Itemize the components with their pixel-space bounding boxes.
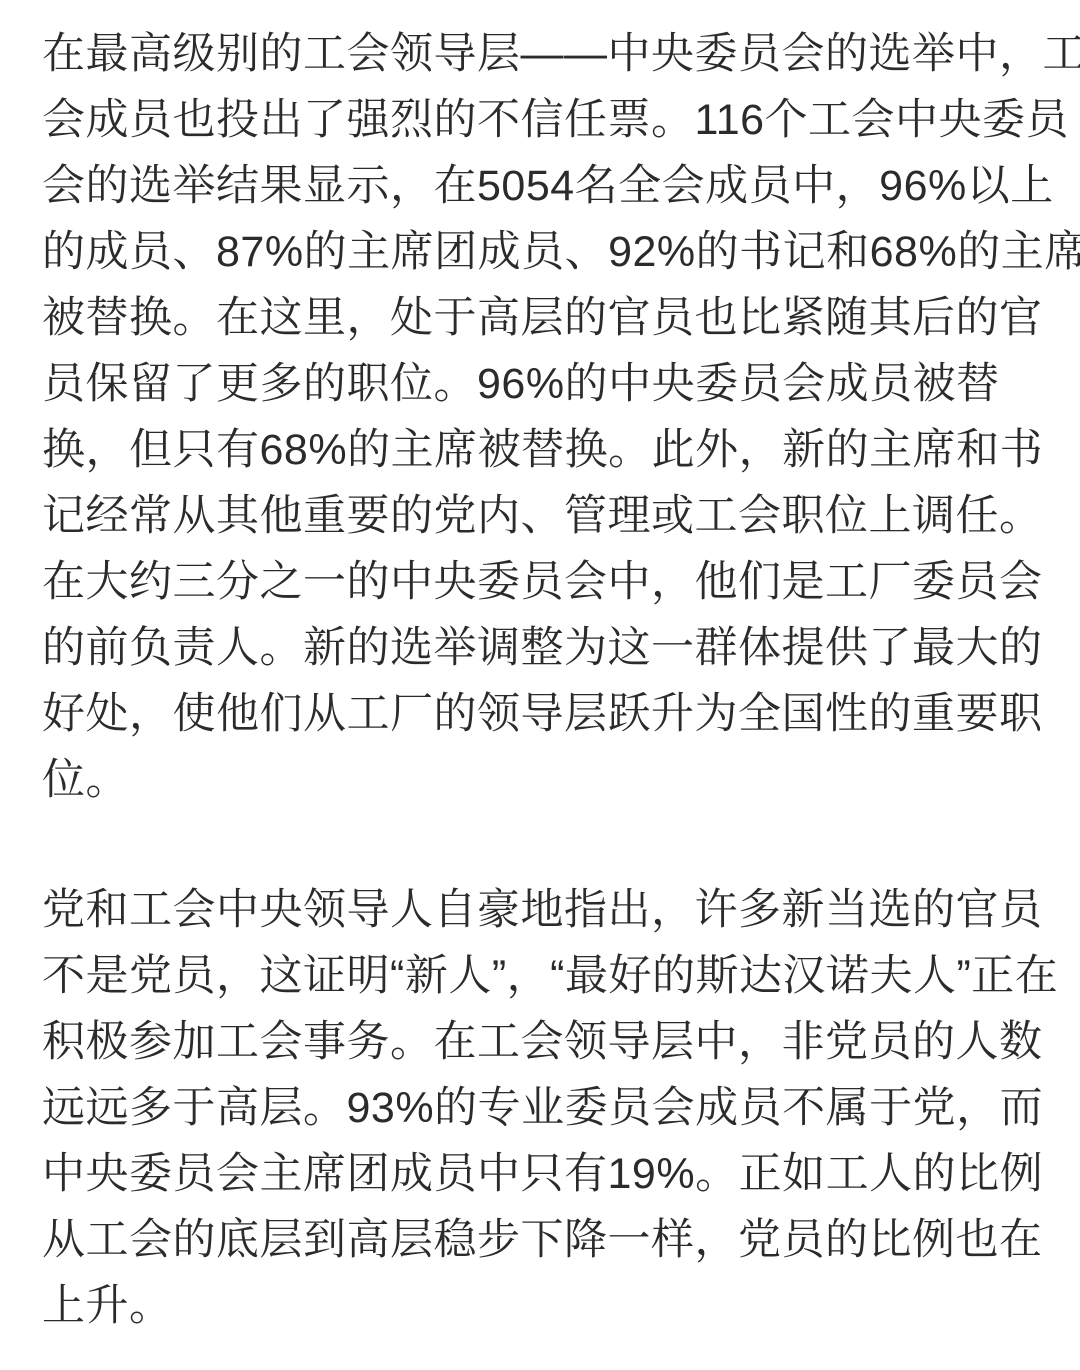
text-line: 会的选举结果显示，在5054名全会成员中，96%以上 [42, 153, 1042, 219]
text-line: 中央委员会主席团成员中只有19%。正如工人的比例 [42, 1141, 1042, 1207]
text-line: 员保留了更多的职位。96%的中央委员会成员被替 [42, 351, 1042, 417]
text-line: 好处，使他们从工厂的领导层跃升为全国性的重要职 [42, 681, 1042, 747]
text-line: 远远多于高层。93%的专业委员会成员不属于党，而 [42, 1075, 1042, 1141]
text-line: 在最高级别的工会领导层——中央委员会的选举中，工 [42, 21, 1042, 87]
paragraph: 党和工会中央领导人自豪地指出，许多新当选的官员不是党员，这证明“新人”，“最好的… [42, 877, 1042, 1339]
text-line: 在大约三分之一的中央委员会中，他们是工厂委员会 [42, 549, 1042, 615]
text-line: 不是党员，这证明“新人”，“最好的斯达汉诺夫人”正在 [42, 943, 1042, 1009]
text-line: 的前负责人。新的选举调整为这一群体提供了最大的 [42, 615, 1042, 681]
text-line: 的成员、87%的主席团成员、92%的书记和68%的主席 [42, 219, 1042, 285]
text-line: 积极参加工会事务。在工会领导层中，非党员的人数 [42, 1009, 1042, 1075]
text-line: 党和工会中央领导人自豪地指出，许多新当选的官员 [42, 877, 1042, 943]
text-line: 上升。 [42, 1273, 1042, 1339]
text-line: 会成员也投出了强烈的不信任票。116个工会中央委员 [42, 87, 1042, 153]
text-line: 位。 [42, 747, 1042, 813]
text-line: 从工会的底层到高层稳步下降一样，党员的比例也在 [42, 1207, 1042, 1273]
article-body: 在最高级别的工会领导层——中央委员会的选举中，工会成员也投出了强烈的不信任票。1… [0, 0, 1080, 1339]
text-line: 被替换。在这里，处于高层的官员也比紧随其后的官 [42, 285, 1042, 351]
text-line: 换，但只有68%的主席被替换。此外，新的主席和书 [42, 417, 1042, 483]
paragraph: 在最高级别的工会领导层——中央委员会的选举中，工会成员也投出了强烈的不信任票。1… [42, 21, 1042, 813]
text-line: 记经常从其他重要的党内、管理或工会职位上调任。 [42, 483, 1042, 549]
